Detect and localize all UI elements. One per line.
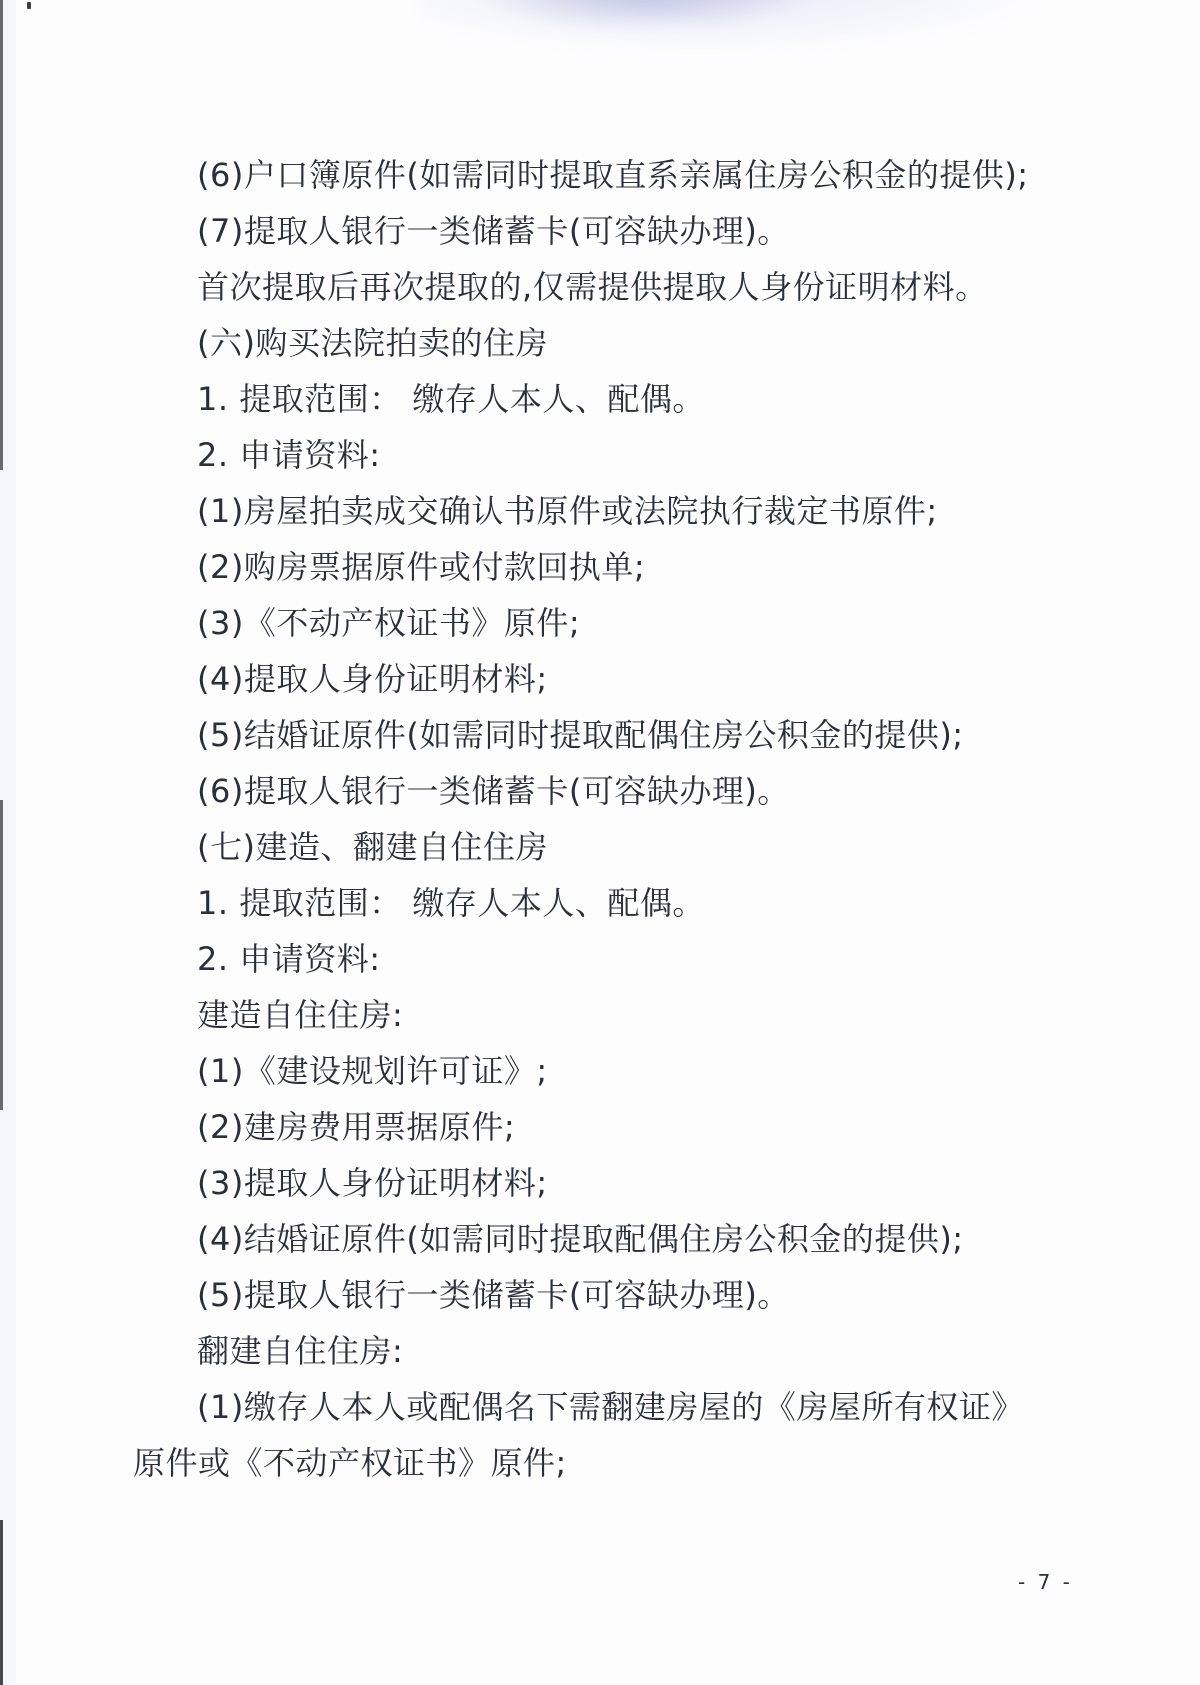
scan-smudge [480,0,810,30]
document-line: 1. 提取范围： 缴存人本人、配偶。 [133,371,1113,427]
document-line: (5)提取人银行一类储蓄卡(可容缺办理)。 [133,1267,1113,1323]
document-line: (1)缴存人本人或配偶名下需翻建房屋的《房屋所有权证》 [133,1379,1113,1435]
document-line: (七)建造、翻建自住住房 [133,819,1113,875]
document-line: (6)户口簿原件(如需同时提取直系亲属住房公积金的提供); [133,147,1113,203]
document-line: (3)提取人身份证明材料; [133,1155,1113,1211]
document-line: (2)建房费用票据原件; [133,1099,1113,1155]
scan-speck [27,2,31,9]
page-number: - 7 - [1018,1570,1068,1594]
scan-smudge-wide [420,0,1040,50]
document-line: (2)购房票据原件或付款回执单; [133,539,1113,595]
document-line: 原件或《不动产权证书》原件; [133,1435,1113,1491]
document-line: 2. 申请资料: [133,427,1113,483]
document-line: (7)提取人银行一类储蓄卡(可容缺办理)。 [133,203,1113,259]
document-line: 建造自住住房: [133,987,1113,1043]
document-line: 1. 提取范围： 缴存人本人、配偶。 [133,875,1113,931]
document-line: (5)结婚证原件(如需同时提取配偶住房公积金的提供); [133,707,1113,763]
document-page: (6)户口簿原件(如需同时提取直系亲属住房公积金的提供);(7)提取人银行一类储… [0,0,1200,1685]
document-line: 翻建自住住房: [133,1323,1113,1379]
document-line: 首次提取后再次提取的,仅需提供提取人身份证明材料。 [133,259,1113,315]
scan-edge-artifact-top [0,0,3,470]
document-body: (6)户口簿原件(如需同时提取直系亲属住房公积金的提供);(7)提取人银行一类储… [133,147,1113,1491]
document-line: (6)提取人银行一类储蓄卡(可容缺办理)。 [133,763,1113,819]
document-line: 2. 申请资料: [133,931,1113,987]
document-line: (六)购买法院拍卖的住房 [133,315,1113,371]
document-line: (1)《建设规划许可证》; [133,1043,1113,1099]
scan-edge-artifact-middle [0,800,3,1110]
scan-edge-artifact-bottom [0,1520,3,1685]
document-line: (3)《不动产权证书》原件; [133,595,1113,651]
document-line: (1)房屋拍卖成交确认书原件或法院执行裁定书原件; [133,483,1113,539]
document-line: (4)提取人身份证明材料; [133,651,1113,707]
document-line: (4)结婚证原件(如需同时提取配偶住房公积金的提供); [133,1211,1113,1267]
